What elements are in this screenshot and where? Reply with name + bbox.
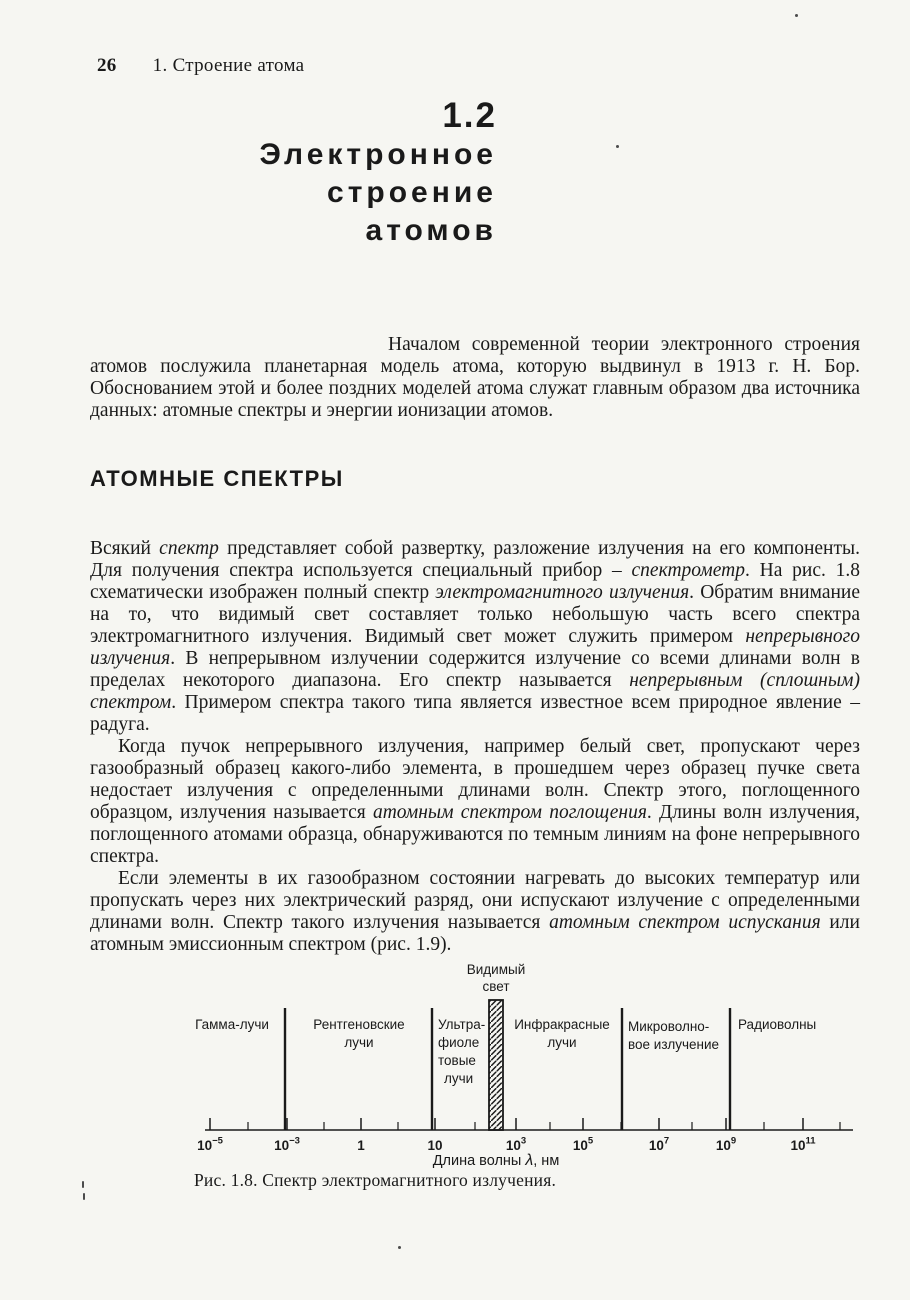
subsection-heading: АТОМНЫЕ СПЕКТРЫ bbox=[90, 466, 344, 492]
figure-caption: Рис. 1.8. Спектр электромагнитного излуч… bbox=[194, 1170, 556, 1191]
book-page: 26 1. Строение атома 1.2 Электронное стр… bbox=[0, 0, 910, 1300]
region-label-uv: лучи bbox=[444, 1071, 473, 1086]
visible-light-band bbox=[489, 1000, 503, 1130]
region-label-xray: лучи bbox=[344, 1035, 373, 1050]
scan-artifact bbox=[398, 1246, 401, 1249]
region-label-gamma: Гамма-лучи bbox=[195, 1017, 269, 1032]
tick-label: 10 bbox=[427, 1138, 442, 1153]
tick-label: 10−5 bbox=[197, 1136, 224, 1154]
section-number: 1.2 bbox=[259, 96, 497, 136]
axis-major-ticks bbox=[210, 1118, 803, 1130]
visible-light-label: Видимый bbox=[467, 962, 526, 977]
tick-label: 1 bbox=[357, 1138, 365, 1153]
region-label-xray: Рентгеновские bbox=[313, 1017, 404, 1032]
body-paragraph: Всякий спектр представляет собой разверт… bbox=[90, 538, 860, 736]
chapter-title: 1. Строение атома bbox=[153, 55, 305, 76]
body-paragraph: Когда пучок непрерывного излучения, напр… bbox=[90, 736, 860, 868]
scan-artifact bbox=[616, 145, 619, 148]
body-text: Всякий спектр представляет собой разверт… bbox=[90, 538, 860, 956]
region-label-uv: фиоле bbox=[438, 1035, 479, 1050]
axis-title: Длина волны λ, нм bbox=[433, 1152, 560, 1168]
tick-label: 107 bbox=[649, 1136, 669, 1154]
tick-label: 10−3 bbox=[274, 1136, 300, 1154]
body-paragraph: Если элементы в их газообразном состояни… bbox=[90, 868, 860, 956]
region-label-infrared: Инфракрасные bbox=[514, 1017, 610, 1032]
section-title-line: атомов bbox=[259, 212, 497, 250]
section-title-line: строение bbox=[259, 174, 497, 212]
scan-artifact bbox=[82, 1181, 84, 1188]
region-label-uv: товые bbox=[438, 1053, 476, 1068]
region-label-radio: Радиоволны bbox=[738, 1017, 816, 1032]
running-head: 26 1. Строение атома bbox=[97, 55, 304, 77]
region-label-microwave: вое излучение bbox=[628, 1037, 719, 1052]
figure-1-8: Видимый свет Гамма-лучи Рентгеновские лу… bbox=[150, 956, 870, 1173]
section-title: 1.2 Электронное строение атомов bbox=[259, 96, 497, 250]
tick-label: 109 bbox=[716, 1136, 736, 1154]
region-label-infrared: лучи bbox=[547, 1035, 576, 1050]
tick-label: 1011 bbox=[790, 1136, 816, 1154]
intro-block: Началом современной теории электронного … bbox=[90, 334, 860, 422]
scan-artifact bbox=[83, 1193, 85, 1200]
region-label-uv: Ультра- bbox=[438, 1017, 485, 1032]
visible-light-label: свет bbox=[482, 979, 509, 994]
section-title-line: Электронное bbox=[259, 136, 497, 174]
tick-label: 105 bbox=[573, 1136, 594, 1154]
intro-paragraph: Началом современной теории электронного … bbox=[90, 334, 860, 422]
page-number: 26 bbox=[97, 55, 117, 76]
em-spectrum-diagram: Видимый свет Гамма-лучи Рентгеновские лу… bbox=[150, 956, 870, 1168]
scan-artifact bbox=[795, 14, 798, 17]
axis-minor-ticks bbox=[248, 1122, 840, 1130]
tick-label: 103 bbox=[506, 1136, 526, 1154]
region-label-microwave: Микроволно- bbox=[628, 1019, 709, 1034]
